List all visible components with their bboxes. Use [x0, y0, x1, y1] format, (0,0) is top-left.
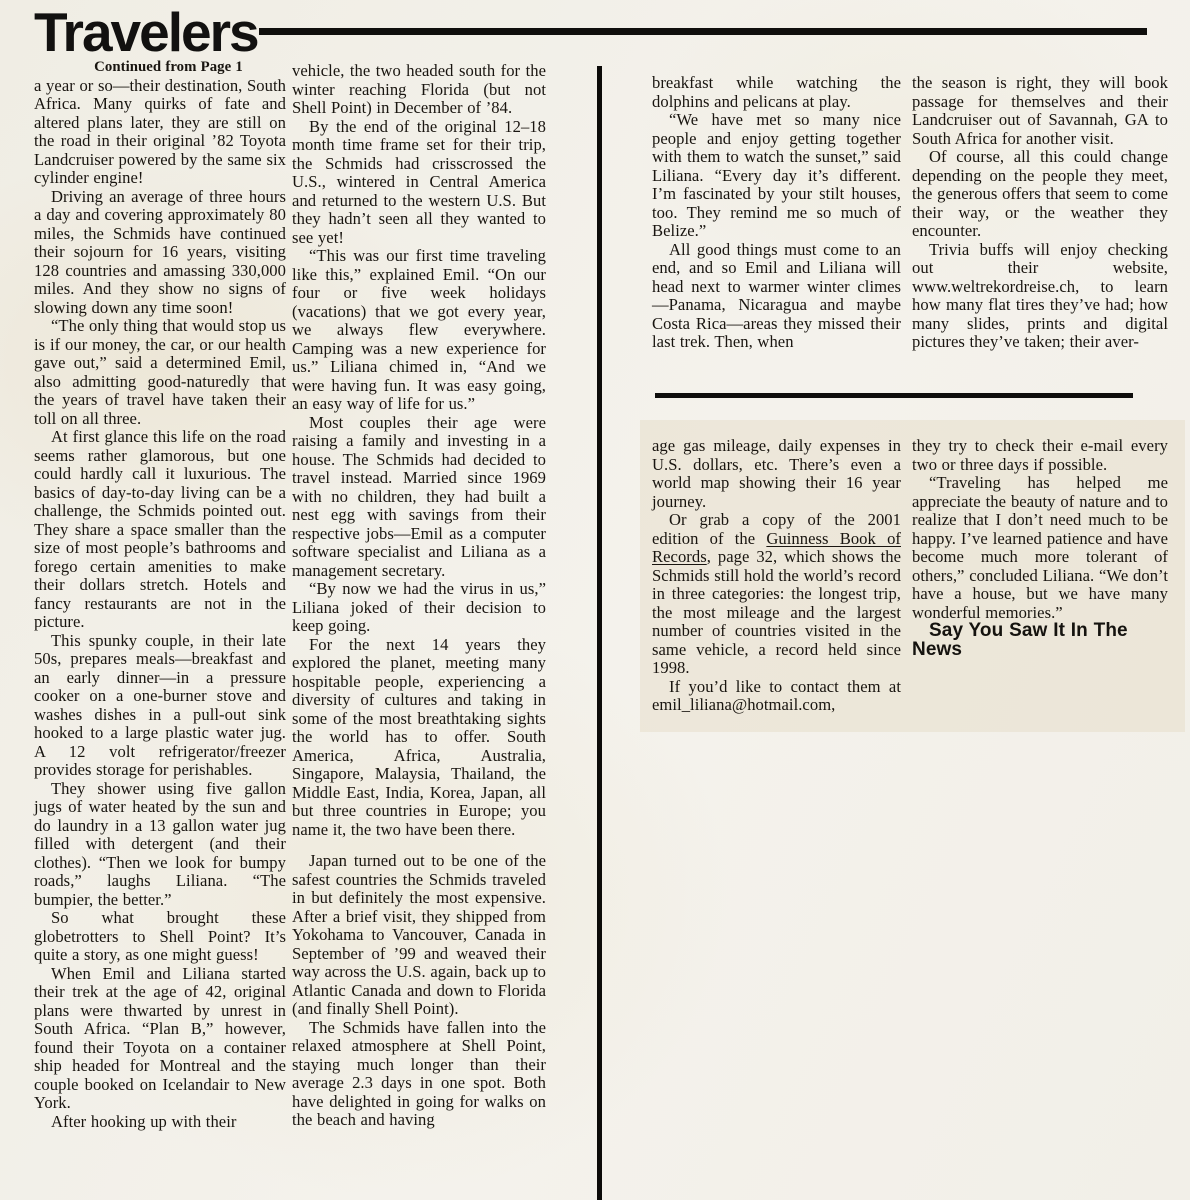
article-paragraph: Of course, all this could change dependi…	[912, 148, 1168, 241]
article-paragraph: Japan turned out to be one of the safest…	[292, 852, 546, 1019]
article-paragraph: “This was our first time traveling like …	[292, 247, 546, 414]
article-paragraph: For the next 14 years they explored the …	[292, 636, 546, 840]
article-paragraph: they try to check their e-mail every two…	[912, 437, 1168, 474]
article-paragraph: “The only thing that would stop us is if…	[34, 317, 286, 428]
article-paragraph: The Schmids have fallen into the relaxed…	[292, 1019, 546, 1130]
column-4-bottom-paragraphs: they try to check their e-mail every two…	[912, 437, 1168, 622]
column-2-paragraphs: vehicle, the two headed south for the wi…	[292, 62, 546, 1130]
article-column-3-bottom: age gas mileage, daily expenses in U.S. …	[652, 437, 901, 715]
article-paragraph: Or grab a copy of the 2001 edition of th…	[652, 511, 901, 678]
article-paragraph: When Emil and Liliana started their trek…	[34, 965, 286, 1113]
article-paragraph: “By now we had the virus in us,” Liliana…	[292, 580, 546, 636]
title-rule	[259, 28, 1147, 35]
article-paragraph: At first glance this life on the road se…	[34, 428, 286, 632]
article-paragraph: Driving an average of three hours a day …	[34, 188, 286, 318]
article-paragraph: Most couples their age were raising a fa…	[292, 414, 546, 581]
column-divider-rule	[597, 66, 602, 1200]
article-column-4-bottom: they try to check their e-mail every two…	[912, 437, 1168, 659]
article-paragraph: They shower using five gallon jugs of wa…	[34, 780, 286, 910]
article-paragraph: a year or so—their destination, South Af…	[34, 77, 286, 188]
article-paragraph: breakfast while watching the dolphins an…	[652, 74, 901, 111]
article-title: Travelers	[34, 0, 258, 64]
article-column-3-top: breakfast while watching the dolphins an…	[652, 74, 901, 352]
article-paragraph: “We have met so many nice people and enj…	[652, 111, 901, 241]
article-paragraph: Trivia buffs will enjoy checking out the…	[912, 241, 1168, 352]
article-paragraph: “Traveling has helped me appreciate the …	[912, 474, 1168, 622]
article-column-4-top: the season is right, they will book pass…	[912, 74, 1168, 352]
column-4-top-paragraphs: the season is right, they will book pass…	[912, 74, 1168, 352]
article-paragraph: So what brought these globetrotters to S…	[34, 909, 286, 965]
continued-from-note: Continued from Page 1	[34, 58, 286, 77]
article-paragraph: If you’d like to contact them at emil_li…	[652, 678, 901, 715]
article-paragraph: age gas mileage, daily expenses in U.S. …	[652, 437, 901, 511]
article-paragraph: This spunky couple, in their late 50s, p…	[34, 632, 286, 780]
article-paragraph: vehicle, the two headed south for the wi…	[292, 62, 546, 118]
article-paragraph: By the end of the original 12–18 month t…	[292, 118, 546, 248]
tagline: Say You Saw It In The News	[912, 622, 1168, 659]
article-paragraph: the season is right, they will book pass…	[912, 74, 1168, 148]
section-divider-rule	[655, 393, 1133, 398]
article-column-1: Continued from Page 1 a year or so—their…	[34, 58, 286, 1131]
column-1-paragraphs: a year or so—their destination, South Af…	[34, 77, 286, 1132]
article-paragraph: After hooking up with their	[34, 1113, 286, 1132]
column-3-bottom-paragraphs: age gas mileage, daily expenses in U.S. …	[652, 437, 901, 715]
underlined-citation: Guinness Book of Records	[652, 529, 901, 567]
column-3-top-paragraphs: breakfast while watching the dolphins an…	[652, 74, 901, 352]
article-paragraph: All good things must come to an end, and…	[652, 241, 901, 352]
article-column-2: vehicle, the two headed south for the wi…	[292, 62, 546, 1130]
